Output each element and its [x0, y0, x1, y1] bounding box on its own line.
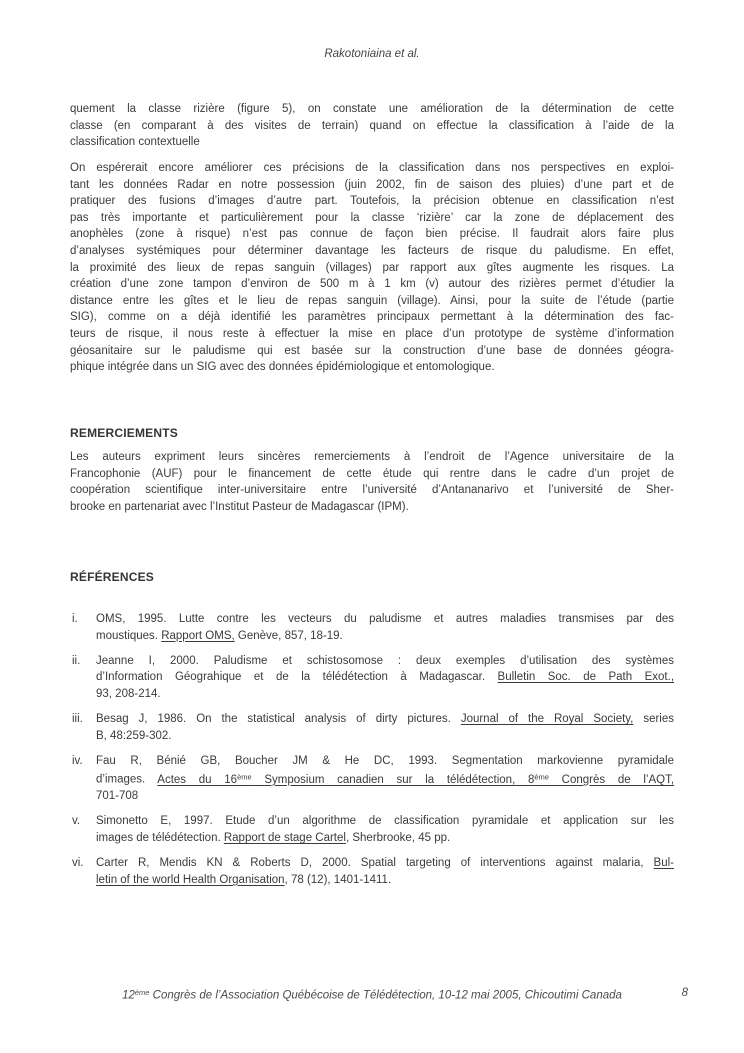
text-line: coopération scientifique inter-universit…	[70, 482, 674, 499]
text-line: images de télédétection. Rapport de stag…	[96, 830, 674, 847]
text-line: pas très importante et particulièrement …	[70, 210, 674, 227]
text-segment: Besag J, 1986. On the statistical analys…	[96, 713, 461, 725]
text-segment: Actes du 16	[157, 774, 237, 786]
text-segment: 701-708	[96, 790, 138, 802]
reference-item: iii.Besag J, 1986. On the statistical an…	[70, 711, 674, 744]
text-line: 93, 208-214.	[96, 686, 674, 703]
text-segment: Simonetto E, 1997. Etude d’un algorithme…	[96, 815, 674, 827]
text-line: 701-708	[96, 788, 674, 805]
text-segment: Fau R, Bénié GB, Boucher JM & He DC, 199…	[96, 755, 674, 767]
section-heading-references: RÉFÉRENCES	[70, 570, 154, 585]
text-segment: quement la classe rizière (figure 5), on…	[70, 103, 674, 115]
page-number: 8	[682, 986, 688, 1000]
text-segment: la proximité des lieux de repas sanguin …	[70, 262, 674, 274]
superscript-text: ème	[135, 988, 150, 997]
section-heading-remerciements: REMERCIEMENTS	[70, 426, 178, 441]
text-segment: Congrès de l’AQT,	[549, 774, 674, 786]
text-segment: géosanitaire sur le paludisme qui est ba…	[70, 345, 674, 357]
running-header: Rakotoniaina et al.	[0, 48, 744, 60]
reference-item: v.Simonetto E, 1997. Etude d’un algorith…	[70, 813, 674, 846]
text-segment: On espérerait encore améliorer ces préci…	[70, 162, 674, 174]
text-line: tant les données Radar en notre possessi…	[70, 177, 674, 194]
reference-marker: ii.	[72, 653, 80, 670]
text-segment: d’images.	[96, 774, 157, 786]
text-segment: Rapport OMS,	[161, 630, 235, 642]
text-segment: Les auteurs expriment leurs sincères rem…	[70, 451, 674, 463]
footer-conference-note: 12ème Congrès de l’Association Québécois…	[70, 986, 674, 1003]
text-segment: coopération scientifique inter-universit…	[70, 484, 674, 496]
page-footer: 12ème Congrès de l’Association Québécois…	[70, 986, 674, 1003]
acknowledgements-paragraph: Les auteurs expriment leurs sincères rem…	[70, 449, 674, 515]
underlined-citation: Bul-	[654, 857, 674, 869]
text-line: distance entre les gîtes et le lieu de r…	[70, 293, 674, 310]
reference-marker: v.	[72, 813, 80, 830]
body-paragraph-1: quement la classe rizière (figure 5), on…	[70, 101, 674, 151]
text-line: brooke en partenariat avec l’Institut Pa…	[70, 499, 674, 516]
text-segment: series	[633, 713, 674, 725]
reference-marker: iv.	[72, 753, 83, 770]
text-segment: 93, 208-214.	[96, 688, 161, 700]
underlined-citation: Actes du 16ème Symposium canadien sur la…	[157, 774, 674, 786]
underlined-citation: Bulletin Soc. de Path Exot.,	[498, 671, 674, 683]
text-line: Besag J, 1986. On the statistical analys…	[96, 711, 674, 728]
text-line: Francophonie (AUF) pour le financement d…	[70, 466, 674, 483]
text-line: d’images. Actes du 16ème Symposium canad…	[96, 769, 674, 788]
text-line: Jeanne I, 2000. Paludisme et schistosomo…	[96, 653, 674, 670]
underlined-citation: letin of the world Health Organisation	[96, 874, 285, 886]
text-segment: pratiquer des fusions d’images d’autre p…	[70, 195, 674, 207]
text-segment: Rapport de stage Cartel	[224, 832, 346, 844]
text-segment: Francophonie (AUF) pour le financement d…	[70, 468, 674, 480]
text-segment: Congrès de l’Association Québécoise de T…	[149, 990, 621, 1002]
text-line: pratiquer des fusions d’images d’autre p…	[70, 193, 674, 210]
text-segment: Symposium canadien sur la télédétection,…	[252, 774, 535, 786]
underlined-citation: Rapport OMS,	[161, 630, 235, 642]
text-line: géosanitaire sur le paludisme qui est ba…	[70, 343, 674, 360]
text-segment: Genève, 857, 18-19.	[235, 630, 343, 642]
text-segment: d’Information Géograhique et de la téléd…	[96, 671, 498, 683]
text-segment: pas très importante et particulièrement …	[70, 212, 674, 224]
text-line: OMS, 1995. Lutte contre les vecteurs du …	[96, 611, 674, 628]
reference-list: i.OMS, 1995. Lutte contre les vecteurs d…	[70, 611, 674, 897]
reference-item: vi.Carter R, Mendis KN & Roberts D, 2000…	[70, 855, 674, 888]
text-segment: Carter R, Mendis KN & Roberts D, 2000. S…	[96, 857, 654, 869]
text-segment: Bul-	[654, 857, 674, 869]
text-segment: 12	[122, 990, 135, 1002]
text-line: Les auteurs expriment leurs sincères rem…	[70, 449, 674, 466]
body-paragraph-2: On espérerait encore améliorer ces préci…	[70, 160, 674, 376]
text-line: phique intégrée dans un SIG avec des don…	[70, 359, 674, 376]
text-line: On espérerait encore améliorer ces préci…	[70, 160, 674, 177]
text-line: d’Information Géograhique et de la téléd…	[96, 669, 674, 686]
underlined-citation: Rapport de stage Cartel	[224, 832, 346, 844]
text-segment: , Sherbrooke, 45 pp.	[346, 832, 450, 844]
text-segment: classe (en comparant à des visites de te…	[70, 120, 674, 132]
text-segment: distance entre les gîtes et le lieu de r…	[70, 295, 674, 307]
text-segment: tant les données Radar en notre possessi…	[70, 179, 674, 191]
text-line: classe (en comparant à des visites de te…	[70, 118, 674, 135]
text-line: Simonetto E, 1997. Etude d’un algorithme…	[96, 813, 674, 830]
text-line: moustiques. Rapport OMS, Genève, 857, 18…	[96, 628, 674, 645]
text-line: création d’une zone tampon d’environ de …	[70, 276, 674, 293]
text-segment: Bulletin Soc. de Path Exot.,	[498, 671, 674, 683]
reference-item: i.OMS, 1995. Lutte contre les vecteurs d…	[70, 611, 674, 644]
reference-marker: iii.	[72, 711, 83, 728]
text-segment: phique intégrée dans un SIG avec des don…	[70, 361, 495, 373]
text-line: Carter R, Mendis KN & Roberts D, 2000. S…	[96, 855, 674, 872]
text-line: SIG), comme on a déjà identifié les para…	[70, 309, 674, 326]
text-segment: B, 48:259-302.	[96, 730, 171, 742]
text-segment: d’analyses systémiques pour déterminer d…	[70, 245, 674, 257]
text-segment: SIG), comme on a déjà identifié les para…	[70, 311, 674, 323]
reference-item: ii.Jeanne I, 2000. Paludisme et schistos…	[70, 653, 674, 703]
text-segment: Journal of the Royal Society,	[461, 713, 634, 725]
text-segment: brooke en partenariat avec l’Institut Pa…	[70, 501, 409, 513]
text-segment: moustiques.	[96, 630, 161, 642]
underlined-citation: Journal of the Royal Society,	[461, 713, 634, 725]
text-segment: OMS, 1995. Lutte contre les vecteurs du …	[96, 613, 674, 625]
text-segment: images de télédétection.	[96, 832, 224, 844]
text-segment: Jeanne I, 2000. Paludisme et schistosomo…	[96, 655, 674, 667]
text-line: anophèles (zone à risque) n’est pas conn…	[70, 226, 674, 243]
reference-item: iv.Fau R, Bénié GB, Boucher JM & He DC, …	[70, 753, 674, 805]
reference-marker: i.	[72, 611, 78, 628]
text-line: quement la classe rizière (figure 5), on…	[70, 101, 674, 118]
superscript-text: ème	[534, 772, 549, 781]
text-line: teurs de risque, il nous reste à effectu…	[70, 326, 674, 343]
document-page: Rakotoniaina et al. quement la classe ri…	[0, 0, 744, 1053]
text-line: d’analyses systémiques pour déterminer d…	[70, 243, 674, 260]
text-line: classification contextuelle	[70, 134, 674, 151]
text-segment: teurs de risque, il nous reste à effectu…	[70, 328, 674, 340]
superscript-text: ème	[237, 772, 252, 781]
text-line: letin of the world Health Organisation, …	[96, 872, 674, 889]
reference-marker: vi.	[72, 855, 84, 872]
text-segment: , 78 (12), 1401-1411.	[285, 874, 392, 886]
text-line: la proximité des lieux de repas sanguin …	[70, 260, 674, 277]
text-line: Fau R, Bénié GB, Boucher JM & He DC, 199…	[96, 753, 674, 770]
text-segment: classification contextuelle	[70, 136, 200, 148]
text-line: B, 48:259-302.	[96, 728, 674, 745]
text-segment: création d’une zone tampon d’environ de …	[70, 278, 674, 290]
text-segment: letin of the world Health Organisation	[96, 874, 285, 886]
text-segment: anophèles (zone à risque) n’est pas conn…	[70, 228, 674, 240]
